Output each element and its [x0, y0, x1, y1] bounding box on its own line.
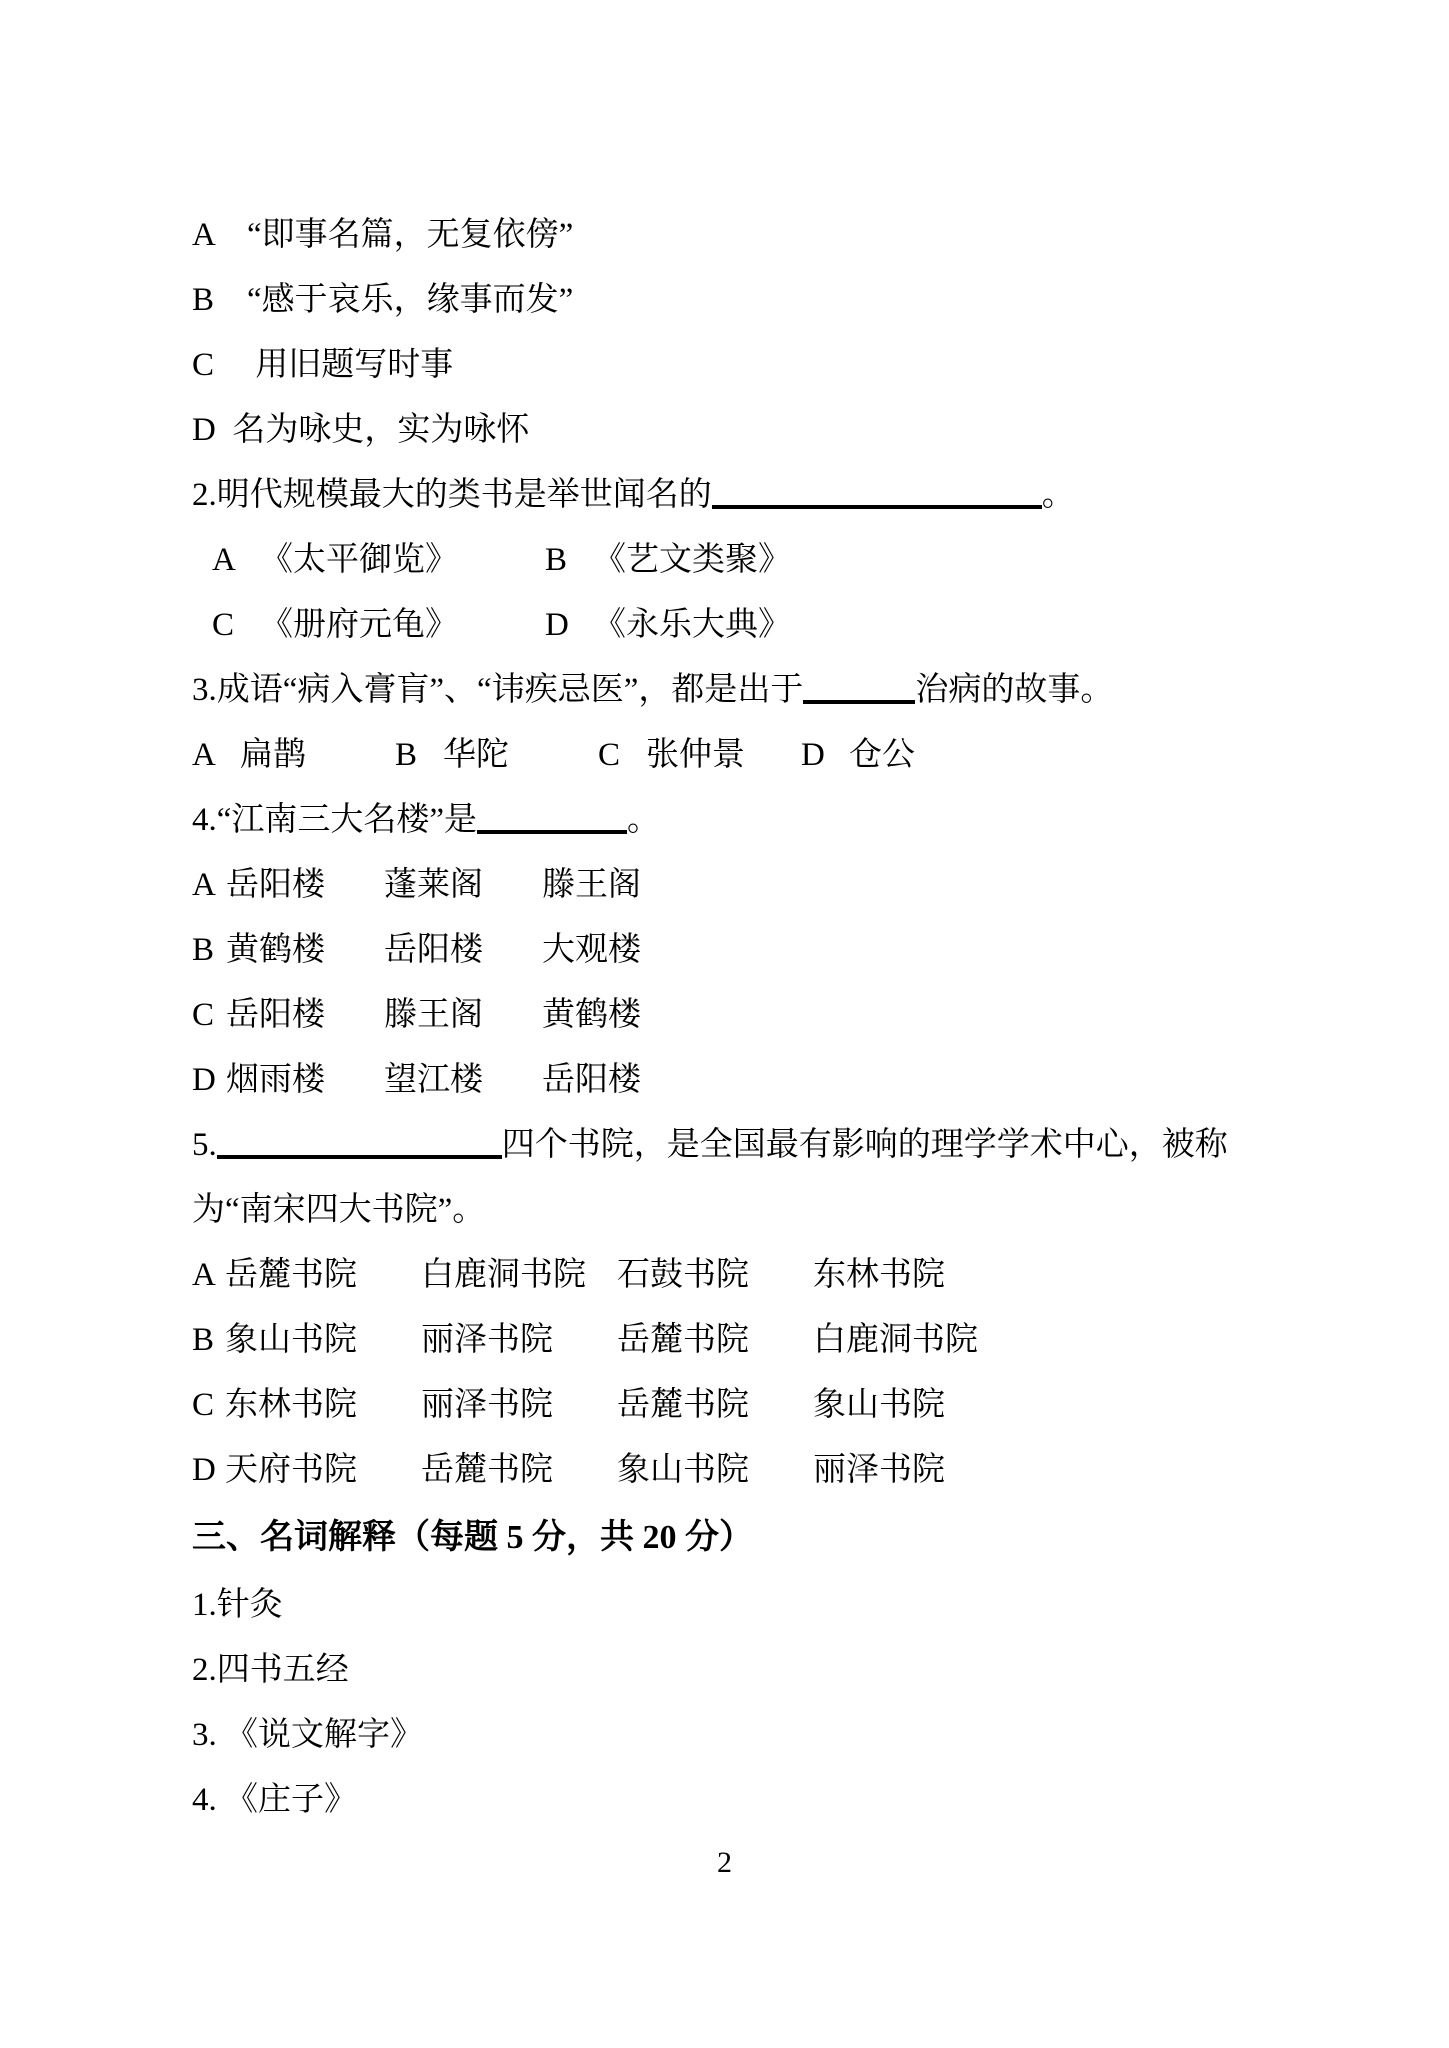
option-letter: A	[192, 1243, 225, 1308]
q2-stem-text: 2.明代规模最大的类书是举世闻名的	[192, 477, 712, 513]
q1-option-a: A “即事名篇，无复依傍”	[192, 203, 1312, 268]
option-text: 滕王阁	[542, 853, 700, 918]
option-text: 扁鹊	[240, 723, 395, 788]
q4-stem-text: 4.“江南三大名楼”是	[192, 802, 477, 838]
q2-stem-tail: 。	[1042, 477, 1075, 513]
option-letter: B	[192, 918, 226, 983]
option-text: 石鼓书院	[617, 1243, 813, 1308]
exam-paper-page: A “即事名篇，无复依傍” B “感于哀乐，缘事而发” C 用旧题写时事 D 名…	[0, 0, 1449, 2048]
option-text: 岳阳楼	[226, 853, 384, 918]
option-text: 望江楼	[384, 1048, 542, 1113]
option-text: 象山书院	[813, 1373, 1009, 1438]
option-text: 岳阳楼	[226, 983, 384, 1048]
q3-stem-text: 3.成语“病入膏肓”、“讳疾忌医”，都是出于	[192, 672, 803, 708]
option-text: 岳阳楼	[384, 918, 542, 983]
q4-option-c: C岳阳楼滕王阁黄鹤楼	[192, 983, 1312, 1048]
q3-stem: 3.成语“病入膏肓”、“讳疾忌医”，都是出于治病的故事。	[192, 658, 1312, 723]
q5-stem-line2: 为“南宋四大书院”。	[192, 1178, 1312, 1243]
option-text: 天府书院	[225, 1438, 421, 1503]
option-text: 黄鹤楼	[542, 983, 700, 1048]
option-text: 华陀	[443, 723, 598, 788]
q2-options-row-ab: A《太平御览》B《艺文类聚》	[212, 528, 1312, 593]
option-text: 岳麓书院	[421, 1438, 617, 1503]
option-text: 东林书院	[225, 1373, 421, 1438]
option-letter: A	[192, 853, 226, 918]
option-text: 《永乐大典》	[593, 593, 878, 658]
option-text: 黄鹤楼	[226, 918, 384, 983]
q5-blank-line	[217, 1149, 502, 1159]
option-letter: D	[801, 723, 849, 788]
option-text: 蓬莱阁	[384, 853, 542, 918]
option-text: 滕王阁	[384, 983, 542, 1048]
option-text: 象山书院	[617, 1438, 813, 1503]
q5-option-a: A岳麓书院白鹿洞书院石鼓书院东林书院	[192, 1243, 1312, 1308]
q5-option-d: D天府书院岳麓书院象山书院丽泽书院	[192, 1438, 1312, 1503]
option-text: 《艺文类聚》	[593, 528, 878, 593]
q5-stem-text: 四个书院，是全国最有影响的理学学术中心，被称	[502, 1127, 1228, 1163]
q2-stem: 2.明代规模最大的类书是举世闻名的。	[192, 463, 1312, 528]
q5-option-b: B象山书院丽泽书院岳麓书院白鹿洞书院	[192, 1308, 1312, 1373]
q1-option-b: B “感于哀乐，缘事而发”	[192, 268, 1312, 333]
page-number: 2	[0, 1845, 1449, 1881]
option-letter: B	[192, 1308, 225, 1373]
q3-blank-line	[803, 694, 915, 704]
q4-stem: 4.“江南三大名楼”是。	[192, 788, 1312, 853]
q4-option-a: A岳阳楼蓬莱阁滕王阁	[192, 853, 1312, 918]
option-text: 仓公	[849, 723, 1004, 788]
q5-stem-number: 5.	[192, 1127, 217, 1163]
option-text: 丽泽书院	[421, 1308, 617, 1373]
q4-option-d: D烟雨楼望江楼岳阳楼	[192, 1048, 1312, 1113]
option-text: 丽泽书院	[813, 1438, 1009, 1503]
option-text: 白鹿洞书院	[813, 1308, 1009, 1373]
option-text: 《太平御览》	[260, 528, 545, 593]
section3-heading: 三、名词解释（每题 5 分，共 20 分）	[192, 1503, 1312, 1573]
option-letter: B	[545, 528, 593, 593]
option-letter: D	[192, 1438, 225, 1503]
option-text: 岳麓书院	[617, 1373, 813, 1438]
q5-stem: 5.四个书院，是全国最有影响的理学学术中心，被称	[192, 1113, 1312, 1178]
option-letter: C	[192, 1373, 225, 1438]
option-letter: C	[212, 593, 260, 658]
option-text: 白鹿洞书院	[421, 1243, 617, 1308]
q5-option-c: C东林书院丽泽书院岳麓书院象山书院	[192, 1373, 1312, 1438]
option-text: 《册府元龟》	[260, 593, 545, 658]
option-text: 丽泽书院	[421, 1373, 617, 1438]
option-letter: B	[395, 723, 443, 788]
option-text: 张仲景	[646, 723, 801, 788]
option-letter: D	[192, 1048, 226, 1113]
option-text: 东林书院	[813, 1243, 1009, 1308]
q3-options-row: A扁鹊B华陀C张仲景D仓公	[192, 723, 1312, 788]
option-letter: A	[192, 723, 240, 788]
q3-stem-tail: 治病的故事。	[915, 672, 1113, 708]
q4-stem-tail: 。	[627, 802, 660, 838]
section3-item-2: 2.四书五经	[192, 1638, 1312, 1703]
q4-option-b: B黄鹤楼岳阳楼大观楼	[192, 918, 1312, 983]
q4-blank-line	[477, 824, 627, 834]
option-letter: C	[598, 723, 646, 788]
option-letter: C	[192, 983, 226, 1048]
q1-option-c: C 用旧题写时事	[192, 333, 1312, 398]
q2-blank-line	[712, 499, 1042, 509]
option-letter: D	[545, 593, 593, 658]
option-text: 大观楼	[542, 918, 700, 983]
option-letter: A	[212, 528, 260, 593]
section3-item-3: 3. 《说文解字》	[192, 1703, 1312, 1768]
option-text: 岳麓书院	[617, 1308, 813, 1373]
option-text: 岳麓书院	[225, 1243, 421, 1308]
option-text: 岳阳楼	[542, 1048, 700, 1113]
section3-item-1: 1.针灸	[192, 1573, 1312, 1638]
option-text: 象山书院	[225, 1308, 421, 1373]
exam-body: A “即事名篇，无复依傍” B “感于哀乐，缘事而发” C 用旧题写时事 D 名…	[192, 203, 1312, 1833]
q1-option-d: D 名为咏史，实为咏怀	[192, 398, 1312, 463]
q2-options-row-cd: C《册府元龟》D《永乐大典》	[212, 593, 1312, 658]
option-text: 烟雨楼	[226, 1048, 384, 1113]
section3-item-4: 4. 《庄子》	[192, 1768, 1312, 1833]
